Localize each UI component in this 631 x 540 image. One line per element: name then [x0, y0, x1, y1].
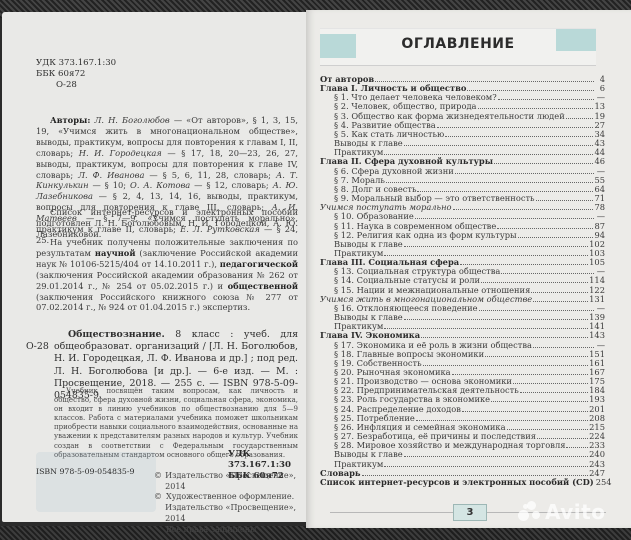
toc-leader-dots [501, 268, 594, 274]
expert-conclusions: На учебник получены положительные заключ… [36, 237, 298, 313]
toc-entry: Практикум243 [320, 460, 605, 469]
toc-leader-dots [384, 460, 588, 466]
toc-leader-dots [494, 158, 593, 164]
authors-label: Авторы: [50, 115, 90, 125]
toc-leader-dots [537, 433, 588, 439]
toc-leader-dots [536, 195, 594, 201]
copyright-line: ©Художественное оформление. [154, 492, 308, 503]
copyright-line: Издательство «Просвещение», 2014 [154, 503, 308, 524]
toc-leader-dots [507, 424, 589, 430]
background-bottom [0, 526, 631, 540]
toc-leader-dots [455, 167, 594, 173]
toc-leader-dots [531, 286, 588, 292]
toc-leader-dots [491, 396, 588, 402]
avito-watermark: Avito [518, 500, 605, 524]
resources-note: Список интернет-ресурсов и электронных п… [36, 207, 298, 240]
copyright-icon [154, 525, 166, 536]
toc-leader-dots [533, 341, 594, 347]
toc-leader-dots [384, 149, 593, 155]
toc-leader-dots [404, 240, 588, 246]
udk-top-block: УДК 373.167.1:30 ББК 60я72 О-28 [36, 58, 116, 91]
right-page: ОГЛАВЛЕНИЕ От авторов4Глава I. Личность … [306, 10, 631, 528]
toc-header: ОГЛАВЛЕНИЕ [320, 28, 596, 66]
toc-leader-dots [452, 369, 589, 375]
bbk-code: ББК 60я72 [36, 69, 116, 80]
toc-leader-dots [478, 103, 594, 109]
toc-title: ОГЛАВЛЕНИЕ [320, 36, 596, 52]
author-mark: О-28 [36, 80, 116, 91]
udk-code-bottom: УДК 373.167.1:30 [228, 449, 308, 471]
toc-leader-dots [421, 332, 588, 338]
toc-leader-dots [423, 359, 589, 365]
toc-leader-dots [404, 140, 594, 146]
toc-leader-dots [445, 131, 593, 137]
avito-logo-icon [518, 501, 542, 523]
copyright-icon: © [154, 471, 165, 492]
toc-leader-dots [362, 469, 589, 475]
toc-leader-dots [479, 305, 594, 311]
isbn: ISBN 978-5-09-054835-9 [36, 467, 134, 476]
udk-code: УДК 373.167.1:30 [36, 58, 116, 69]
toc-leader-dots [518, 231, 594, 237]
left-page: УДК 373.167.1:30 ББК 60я72 О-28 Авторы: … [2, 12, 308, 522]
toc-entry: Список интернет-ресурсов и электронных п… [320, 478, 605, 487]
toc-leader-dots [460, 259, 588, 265]
toc-leader-dots [384, 323, 588, 329]
toc-entry-label: Список интернет-ресурсов и электронных п… [320, 478, 594, 487]
toc-leader-dots [481, 277, 588, 283]
toc-leader-dots [386, 176, 594, 182]
toc-leader-dots [404, 314, 588, 320]
toc-leader-dots [417, 185, 593, 191]
copyright-line: ©Издательство «Просвещение», 2014 [154, 471, 308, 492]
toc-leader-dots [533, 295, 588, 301]
table-of-contents: От авторов4Глава I. Личность и общество6… [320, 75, 605, 487]
toc-leader-dots [566, 112, 594, 118]
toc-leader-dots [467, 85, 594, 91]
toc-leader-dots [566, 442, 588, 448]
copyright-icon: © [154, 492, 166, 503]
copyright-line: Все права защищены [154, 525, 308, 536]
toc-leader-dots [453, 204, 594, 210]
toc-leader-dots [415, 213, 594, 219]
toc-leader-dots [498, 94, 594, 100]
biblio-title: Обществознание. [68, 329, 165, 340]
faded-stamp [36, 452, 156, 512]
page-number: 3 [453, 504, 487, 521]
toc-leader-dots [375, 76, 594, 82]
toc-leader-dots [497, 222, 593, 228]
watermark-text: Avito [545, 500, 605, 524]
toc-leader-dots [462, 405, 588, 411]
toc-entry-page: 254 [596, 478, 612, 487]
toc-leader-dots [437, 121, 594, 127]
toc-leader-dots [485, 350, 588, 356]
copyright-block: ©Издательство «Просвещение», 2014©Художе… [154, 471, 308, 535]
toc-leader-dots [404, 451, 588, 457]
copyright-icon [154, 503, 165, 524]
toc-leader-dots [384, 250, 588, 256]
toc-leader-dots [520, 387, 588, 393]
toc-leader-dots [513, 378, 588, 384]
toc-leader-dots [416, 414, 588, 420]
biblio-code: О-28 [26, 341, 49, 353]
